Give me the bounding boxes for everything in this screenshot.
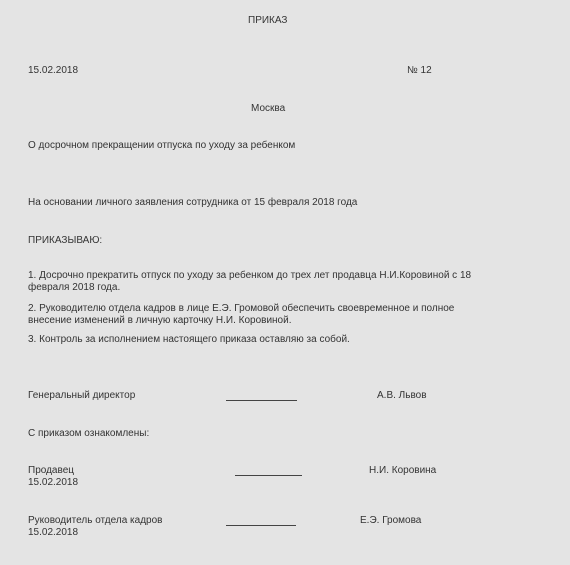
ack-signature-line-2 [226,525,296,527]
director-signature-line [226,400,297,402]
document-title: ПРИКАЗ [248,15,287,27]
ack-name-1: Н.И. Коровина [369,465,436,477]
ack-signature-line-1 [235,475,302,477]
document-city: Москва [251,103,285,115]
order-word: ПРИКАЗЫВАЮ: [28,235,102,247]
ack-date-2: 15.02.2018 [28,527,78,539]
document-date: 15.02.2018 [28,65,78,77]
order-item-2: 2. Руководителю отдела кадров в лице Е.Э… [28,303,478,327]
ack-position-2: Руководитель отдела кадров [28,515,162,527]
director-position: Генеральный директор [28,390,135,402]
acknowledged-label: С приказом ознакомлены: [28,428,149,440]
director-name: А.В. Львов [377,390,427,402]
ack-position-1: Продавец [28,465,74,477]
document-number: № 12 [407,65,432,77]
order-item-1: 1. Досрочно прекратить отпуск по уходу з… [28,270,498,294]
ack-date-1: 15.02.2018 [28,477,78,489]
document-basis: На основании личного заявления сотрудник… [28,197,357,209]
ack-name-2: Е.Э. Громова [360,515,421,527]
order-item-3: 3. Контроль за исполнением настоящего пр… [28,334,350,346]
document-subject: О досрочном прекращении отпуска по уходу… [28,140,295,152]
